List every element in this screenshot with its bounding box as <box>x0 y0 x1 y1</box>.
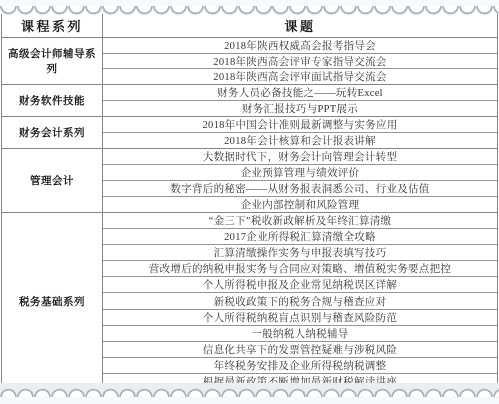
course-topic-row: 年终税务安排及企业所得税纳税调整 <box>103 358 497 374</box>
course-topic-text: 汇算清缴操作实务与申报表填写技巧 <box>214 245 387 260</box>
course-topic-text: 财务汇报技巧与PPT展示 <box>242 101 358 116</box>
course-groups: 高级会计师辅导系列 2018年陕西权威高会报考指导会 2018年陕西高会评审专家… <box>2 38 497 389</box>
course-topic-text: 年终税务安排及企业所得税纳税调整 <box>214 358 387 373</box>
course-topic-text: 2018年陕西权威高会报考指导会 <box>224 38 376 53</box>
course-series-label: 高级会计师辅导系列 <box>2 38 103 84</box>
course-topic-row: 信息化共享下的发票管控疑难与涉税风险 <box>103 342 497 358</box>
course-topic-rows: 2018年中国会计准则最新调整与实务应用 2018年会计核算和会计报表讲解 <box>103 117 497 148</box>
course-topic-rows: 财务人员必备技能之——玩转Excel 财务汇报技巧与PPT展示 <box>103 85 497 116</box>
header-course-series: 课程系列 <box>2 14 103 37</box>
course-topic-text: 数字背后的秘密——从财务报表洞悉公司、行业及估值 <box>170 181 429 196</box>
course-group: 高级会计师辅导系列 2018年陕西权威高会报考指导会 2018年陕西高会评审专家… <box>2 38 497 85</box>
course-topic-text: 个人所得税申报及企业常见纳税误区详解 <box>203 277 397 292</box>
table-header-row: 课程系列 课题 <box>2 14 497 38</box>
course-topic-row: 企业内部控制和风险管理 <box>103 197 497 212</box>
course-topic-row: 财务汇报技巧与PPT展示 <box>103 101 497 116</box>
course-group: 税务基础系列 “金三下”税收新政解析及年终汇算清缴 2017企业所得税汇算清缴全… <box>2 213 497 389</box>
course-series-label: 财务会计系列 <box>2 117 103 148</box>
course-topic-row: 新税收政策下的税务合规与稽查应对 <box>103 293 497 309</box>
course-topic-rows: 大数据时代下，财务会计向管理会计转型 企业预算管理与绩效评价 数字背后的秘密——… <box>103 149 497 212</box>
course-topic-row: 2018年中国会计准则最新调整与实务应用 <box>103 117 497 133</box>
course-topic-row: “金三下”税收新政解析及年终汇算清缴 <box>103 213 497 229</box>
course-topic-row: 个人所得税申报及企业常见纳税误区详解 <box>103 277 497 293</box>
course-topic-row: 2018年会计核算和会计报表讲解 <box>103 133 497 148</box>
course-series-label: 税务基础系列 <box>2 213 103 389</box>
scallop-border-top-icon <box>0 0 499 16</box>
course-topic-row: 营改增后的纳税申报实务与合同应对策略、增值税实务要点把控 <box>103 261 497 277</box>
course-series-label: 管理会计 <box>2 149 103 212</box>
course-topic-text: 2018年会计核算和会计报表讲解 <box>224 133 376 148</box>
course-topic-text: 信息化共享下的发票管控疑难与涉税风险 <box>203 342 397 357</box>
course-topic-row: 2017企业所得税汇算清缴全攻略 <box>103 229 497 245</box>
course-topic-text: 企业预算管理与绩效评价 <box>241 165 360 180</box>
course-topic-text: 营改增后的纳税申报实务与合同应对策略、增值税实务要点把控 <box>149 261 451 276</box>
course-topic-text: 大数据时代下，财务会计向管理会计转型 <box>203 149 397 164</box>
scallop-border-bottom-icon <box>0 380 499 404</box>
course-topic-row: 大数据时代下，财务会计向管理会计转型 <box>103 149 497 165</box>
course-topic-row: 企业预算管理与绩效评价 <box>103 165 497 181</box>
course-topic-row: 一般纳税人纳税辅导 <box>103 326 497 342</box>
course-table: 课程系列 课题 高级会计师辅导系列 2018年陕西权威高会报考指导会 2018年… <box>1 14 498 389</box>
course-topic-text: 个人所得税纳税盲点识别与稽查风险防范 <box>203 310 397 325</box>
course-topic-row: 个人所得税纳税盲点识别与稽查风险防范 <box>103 310 497 326</box>
course-topic-text: “金三下”税收新政解析及年终汇算清缴 <box>209 213 392 228</box>
course-topic-text: 一般纳税人纳税辅导 <box>251 326 348 341</box>
course-topic-text: 2018年中国会计准则最新调整与实务应用 <box>203 117 398 132</box>
course-topic-text: 新税收政策下的税务合规与稽查应对 <box>214 294 387 309</box>
course-topic-row: 2018年陕西高会评审专家指导交流会 <box>103 54 497 70</box>
course-catalog-card: 课程系列 课题 高级会计师辅导系列 2018年陕西权威高会报考指导会 2018年… <box>0 0 499 404</box>
course-group: 财务会计系列 2018年中国会计准则最新调整与实务应用 2018年会计核算和会计… <box>2 117 497 149</box>
course-topic-row: 2018年陕西权威高会报考指导会 <box>103 38 497 54</box>
course-topic-rows: “金三下”税收新政解析及年终汇算清缴 2017企业所得税汇算清缴全攻略 汇算清缴… <box>103 213 497 389</box>
course-topic-text: 2018年陕西高会评审专家指导交流会 <box>213 54 386 69</box>
course-series-label: 财务软件技能 <box>2 85 103 116</box>
course-topic-text: 企业内部控制和风险管理 <box>241 197 360 212</box>
course-topic-row: 2018年陕西高会评审面试指导交流会 <box>103 69 497 84</box>
course-topic-rows: 2018年陕西权威高会报考指导会 2018年陕西高会评审专家指导交流会 2018… <box>103 38 497 84</box>
header-course-topic: 课题 <box>103 14 497 37</box>
course-topic-row: 数字背后的秘密——从财务报表洞悉公司、行业及估值 <box>103 181 497 197</box>
course-topic-text: 2018年陕西高会评审面试指导交流会 <box>213 69 386 84</box>
course-topic-text: 财务人员必备技能之——玩转Excel <box>217 85 383 100</box>
course-topic-row: 汇算清缴操作实务与申报表填写技巧 <box>103 245 497 261</box>
course-topic-text: 2017企业所得税汇算清缴全攻略 <box>224 229 376 244</box>
course-topic-row: 财务人员必备技能之——玩转Excel <box>103 85 497 101</box>
course-group: 管理会计 大数据时代下，财务会计向管理会计转型 企业预算管理与绩效评价 数字背后… <box>2 149 497 213</box>
course-group: 财务软件技能 财务人员必备技能之——玩转Excel 财务汇报技巧与PPT展示 <box>2 85 497 117</box>
